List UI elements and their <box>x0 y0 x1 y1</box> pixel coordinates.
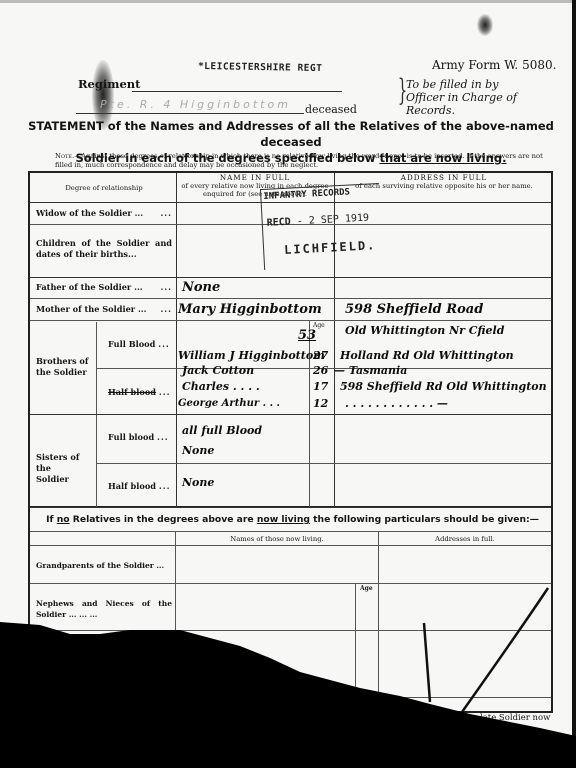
torn-page-region <box>0 600 576 768</box>
